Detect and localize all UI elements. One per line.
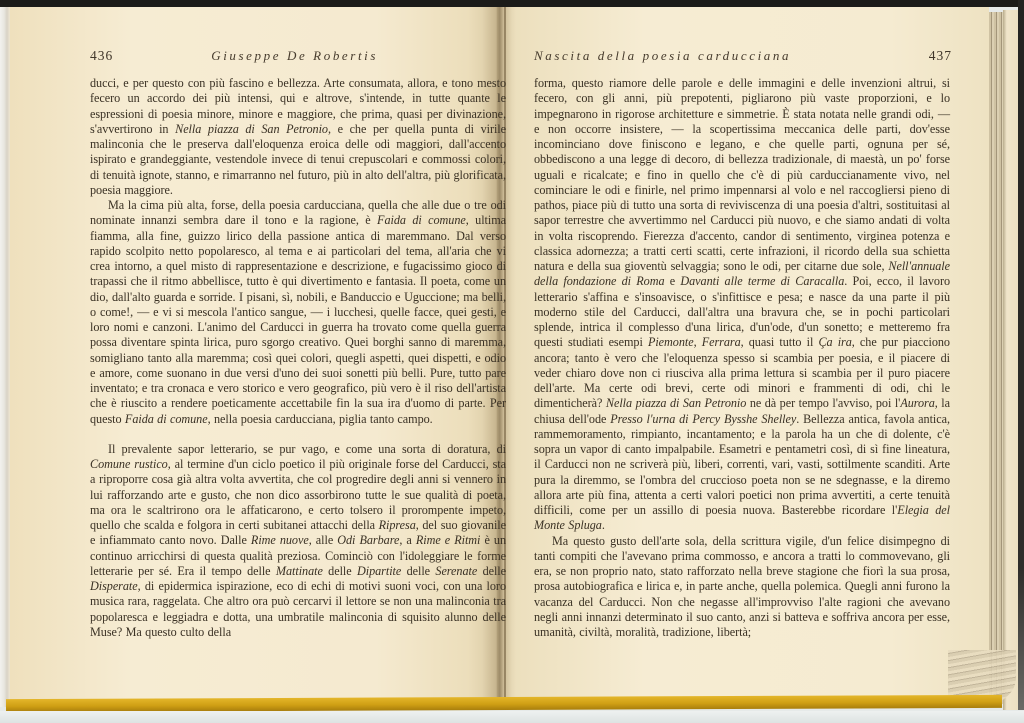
page-number-right: 437 (929, 48, 952, 64)
text-run: . (602, 518, 605, 532)
text-run-italic: Nella piazza di San Petronio (606, 396, 746, 410)
text-run: forma, questo riamore delle parole e del… (534, 76, 950, 273)
running-head-left-title: Giuseppe De Robertis (113, 48, 476, 64)
running-head-right: Nascita della poesia carducciana 437 (534, 48, 952, 64)
text-run: , ultima fiamma, alla fine, guizzo liric… (90, 213, 506, 425)
scan-left-margin (0, 7, 10, 707)
paragraph: ducci, e per questo con più fascino e be… (90, 76, 506, 198)
text-run: Il prevalente sapor letterario, se pur v… (108, 442, 506, 456)
text-run: , alle (309, 533, 338, 547)
text-run: Ma questo gusto dell'arte sola, della sc… (534, 534, 950, 640)
text-run-italic: Faida di comune (377, 213, 466, 227)
text-run: , di epidermica ispirazione, eco di echi… (90, 579, 506, 639)
paragraph: Il prevalente sapor letterario, se pur v… (90, 442, 506, 640)
paragraph: forma, questo riamore delle parole e del… (534, 76, 950, 534)
paragraph: Ma questo gusto dell'arte sola, della sc… (534, 534, 950, 641)
page-left-text: ducci, e per questo con più fascino e be… (90, 76, 506, 640)
text-run: delle (323, 564, 357, 578)
text-run: ne dà per tempo l'avviso, poi l' (746, 396, 900, 410)
text-run-italic: Mattinate (276, 564, 323, 578)
text-run-italic: Rime nuove (251, 533, 309, 547)
text-run: , nella poesia carducciana, piglia tanto… (208, 412, 433, 426)
text-run: , a (399, 533, 416, 547)
text-run: , quasi tutto il (741, 335, 819, 349)
running-head-left: 436 Giuseppe De Robertis (90, 48, 504, 64)
text-run-italic: Davanti alle terme di Caracalla (680, 274, 844, 288)
text-run-italic: Rime e Ritmi (416, 533, 481, 547)
text-run-italic: Disperate (90, 579, 138, 593)
text-run-italic: Comune rustico (90, 457, 168, 471)
text-run-italic: Serenate (435, 564, 477, 578)
underlying-page-edge (1003, 10, 1018, 710)
book-scan: 436 Giuseppe De Robertis Nascita della p… (0, 0, 1024, 723)
text-run-italic: Ripresa (379, 518, 416, 532)
page-right-text: forma, questo riamore delle parole e del… (534, 76, 950, 640)
page-number-left: 436 (90, 48, 113, 64)
text-run-italic: Aurora (900, 396, 934, 410)
text-run-italic: Dipartite (357, 564, 401, 578)
paragraph: Ma la cima più alta, forse, della poesia… (90, 198, 506, 427)
running-head-right-title: Nascita della poesia carducciana (534, 48, 929, 64)
scanner-background (0, 711, 1024, 723)
text-run-italic: Ferrara (702, 335, 741, 349)
scan-right-border (1018, 0, 1024, 710)
text-run: delle (401, 564, 435, 578)
text-run: . Bellezza antica, favola antica, rammem… (534, 412, 950, 518)
text-run: e (665, 274, 681, 288)
text-run-italic: Presso l'urna di Percy Bysshe Shelley (610, 412, 796, 426)
scan-top-border (0, 0, 1024, 7)
right-page-edges (989, 12, 1003, 704)
text-run-italic: Faida di comune (125, 412, 208, 426)
text-run: , (694, 335, 702, 349)
text-run-italic: Odi Barbare (337, 533, 399, 547)
text-run-italic: Nella piazza di San Petronio (175, 122, 328, 136)
text-run: delle (477, 564, 506, 578)
text-run-italic: Ça ira (818, 335, 851, 349)
text-run-italic: Piemonte (648, 335, 694, 349)
